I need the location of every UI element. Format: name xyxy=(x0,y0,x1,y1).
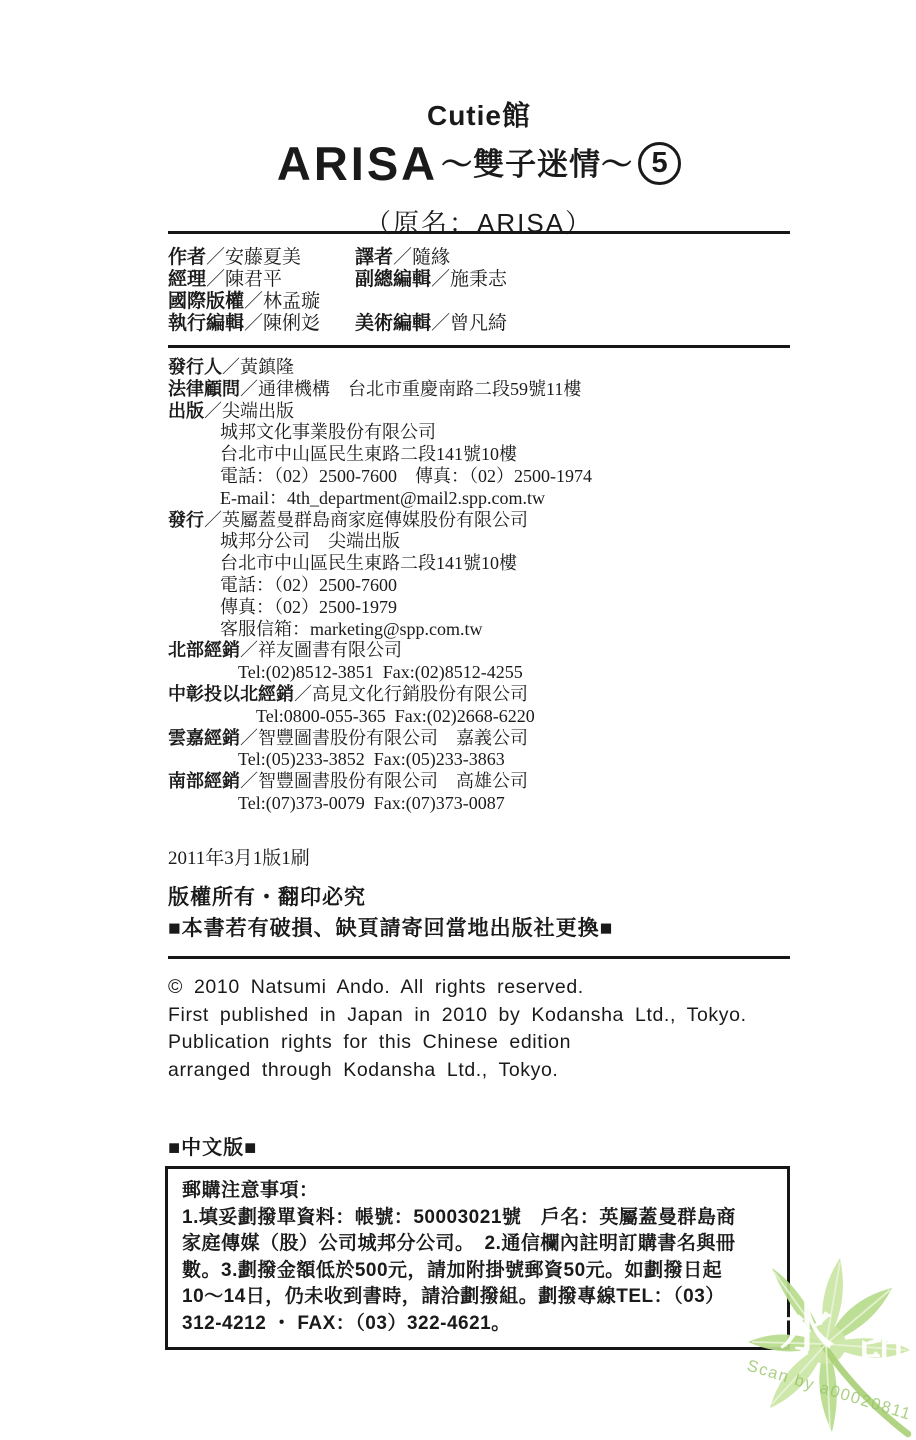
credit-label: 美術編輯 xyxy=(355,313,431,334)
line-text: 城邦分公司 尖端出版 xyxy=(220,531,400,551)
mail-order-line: 10～14日，仍未收到書時，請洽劃撥組。劃撥專線TEL：（03） xyxy=(182,1284,775,1311)
line-text: 電話：（02）2500-7600 傳真：（02）2500-1974 xyxy=(220,466,592,486)
english-line: Publication rights for this Chinese edit… xyxy=(168,1029,790,1057)
english-line: © 2010 Natsumi Ando. All rights reserved… xyxy=(168,974,790,1002)
staff-row: 作者／安藤夏美 譯者／隨緣 xyxy=(168,247,790,269)
staff-credit: 美術編輯／曾凡綺 xyxy=(355,313,507,335)
publisher-line: Tel:(05)233-3852 Fax:(05)233-3863 xyxy=(168,749,808,771)
mail-order-heading: 郵購注意事項： xyxy=(182,1178,775,1205)
title-subtitle: ～雙子迷情～ xyxy=(441,139,633,188)
line-separator: ／ xyxy=(240,728,258,748)
line-label: 南部經銷 xyxy=(168,771,240,791)
credit-name: 曾凡綺 xyxy=(450,313,507,334)
staff-credit: 國際版權／林孟璇 xyxy=(168,291,355,313)
publisher-line: 電話：（02）2500-7600 xyxy=(168,575,808,597)
publisher-line: 雲嘉經銷／智豐圖書股份有限公司 嘉義公司 xyxy=(168,728,808,750)
credit-name: 施秉志 xyxy=(450,269,507,290)
publisher-line: Tel:0800-055-365 Fax:(02)2668-6220 xyxy=(168,706,808,728)
line-text: 城邦文化事業股份有限公司 xyxy=(220,422,436,442)
chinese-edition-label: ■中文版■ xyxy=(168,1131,257,1160)
staff-row: 國際版權／林孟璇 xyxy=(168,291,790,313)
line-separator: ／ xyxy=(204,510,222,530)
line-text: 祥友圖書有限公司 xyxy=(258,640,402,660)
line-text: 尖端出版 xyxy=(222,401,294,421)
publisher-line: 電話：（02）2500-7600 傳真：（02）2500-1974 xyxy=(168,466,808,488)
line-text: 傳真：（02）2500-1979 xyxy=(220,597,397,617)
credit-separator: ／ xyxy=(206,269,225,290)
publisher-line: 法律顧問／通律機構 台北市重慶南路二段59號11樓 xyxy=(168,379,808,401)
credit-separator: ／ xyxy=(244,291,263,312)
publisher-line: 城邦文化事業股份有限公司 xyxy=(168,422,808,444)
line-label: 北部經銷 xyxy=(168,640,240,660)
line-text: 黃鎮隆 xyxy=(240,357,294,377)
staff-credit: 譯者／隨緣 xyxy=(355,247,450,269)
credit-name: 林孟璇 xyxy=(263,291,320,312)
english-line: arranged through Kodansha Ltd., Tokyo. xyxy=(168,1057,790,1085)
publisher-line: Tel:(02)8512-3851 Fax:(02)8512-4255 xyxy=(168,662,808,684)
divider-top xyxy=(168,231,790,234)
line-text: 台北市中山區民生東路二段141號10樓 xyxy=(220,444,517,464)
line-text: E-mail：4th_department@mail2.spp.com.tw xyxy=(220,488,545,508)
mail-order-line: 312-4212 ・ FAX：（03）322-4621。 xyxy=(182,1311,775,1338)
publisher-line: 發行／英屬蓋曼群島商家庭傳媒股份有限公司 xyxy=(168,510,808,532)
english-copyright: © 2010 Natsumi Ando. All rights reserved… xyxy=(168,974,790,1084)
watermark-char-yin: 印 xyxy=(858,1334,904,1386)
line-text: 智豐圖書股份有限公司 高雄公司 xyxy=(258,771,528,791)
title-main: ARISA xyxy=(277,136,438,191)
publisher-line: 城邦分公司 尖端出版 xyxy=(168,531,808,553)
staff-row: 經理／陳君平 副總編輯／施秉志 xyxy=(168,269,790,291)
divider-middle xyxy=(168,345,790,348)
publisher-line: 台北市中山區民生東路二段141號10樓 xyxy=(168,444,808,466)
credit-name: 隨緣 xyxy=(412,247,450,268)
series-title: ARISA～雙子迷情～5 xyxy=(168,136,790,191)
line-label: 中彰投以北經銷 xyxy=(168,684,294,704)
mail-order-box: 郵購注意事項： 1.填妥劃撥單資料：帳號：50003021號 戶名：英屬蓋曼群島… xyxy=(165,1166,790,1350)
credit-separator: ／ xyxy=(393,247,412,268)
line-text: 台北市中山區民生東路二段141號10樓 xyxy=(220,553,517,573)
line-text: Tel:(05)233-3852 Fax:(05)233-3863 xyxy=(238,749,505,769)
line-separator: ／ xyxy=(240,640,258,660)
watermark-char-shui: 水 xyxy=(780,1300,834,1360)
line-text: 高見文化行銷股份有限公司 xyxy=(312,684,528,704)
publisher-line: 發行人／黃鎮隆 xyxy=(168,357,808,379)
staff-row: 執行編輯／陳俐彣 美術編輯／曾凡綺 xyxy=(168,313,790,335)
line-separator: ／ xyxy=(222,357,240,377)
credit-name: 陳君平 xyxy=(225,269,282,290)
line-separator: ／ xyxy=(240,771,258,791)
line-text: 智豐圖書股份有限公司 嘉義公司 xyxy=(258,728,528,748)
staff-credit: 副總編輯／施秉志 xyxy=(355,269,507,291)
publisher-line: 南部經銷／智豐圖書股份有限公司 高雄公司 xyxy=(168,771,808,793)
mail-order-line: 1.填妥劃撥單資料：帳號：50003021號 戶名：英屬蓋曼群島商 xyxy=(182,1205,775,1232)
imprint-label: Cutie館 xyxy=(168,94,790,134)
line-separator: ／ xyxy=(204,401,222,421)
line-label: 出版 xyxy=(168,401,204,421)
credit-name: 安藤夏美 xyxy=(225,247,301,268)
mail-order-line: 家庭傳媒（股）公司城邦分公司。 2.通信欄內註明訂購書名與冊 xyxy=(182,1231,775,1258)
english-line: First published in Japan in 2010 by Koda… xyxy=(168,1002,790,1030)
colophon-page: Cutie館 ARISA～雙子迷情～5 （原名：ARISA） 作者／安藤夏美 譯… xyxy=(0,0,916,1440)
staff-credit: 執行編輯／陳俐彣 xyxy=(168,313,355,335)
line-text: Tel:0800-055-365 Fax:(02)2668-6220 xyxy=(256,706,535,726)
line-text: Tel:(07)373-0079 Fax:(07)373-0087 xyxy=(238,793,505,813)
rights-notice: 版權所有・翻印必究 ■本書若有破損、缺頁請寄回當地出版社更換■ xyxy=(168,882,613,944)
volume-badge: 5 xyxy=(638,142,681,185)
credit-separator: ／ xyxy=(431,269,450,290)
volume-number: 5 xyxy=(652,147,668,180)
publisher-line: 傳真：（02）2500-1979 xyxy=(168,597,808,619)
publisher-line: 台北市中山區民生東路二段141號10樓 xyxy=(168,553,808,575)
line-text: Tel:(02)8512-3851 Fax:(02)8512-4255 xyxy=(238,662,523,682)
line-text: 英屬蓋曼群島商家庭傳媒股份有限公司 xyxy=(222,510,528,530)
publisher-line: Tel:(07)373-0079 Fax:(07)373-0087 xyxy=(168,793,808,815)
publisher-line: E-mail：4th_department@mail2.spp.com.tw xyxy=(168,488,808,510)
publisher-line: 出版／尖端出版 xyxy=(168,401,808,423)
line-text: 電話：（02）2500-7600 xyxy=(220,575,397,595)
line-label: 雲嘉經銷 xyxy=(168,728,240,748)
original-title: （原名：ARISA） xyxy=(168,203,790,240)
book-header: Cutie館 ARISA～雙子迷情～5 （原名：ARISA） xyxy=(168,94,790,240)
credit-label: 執行編輯 xyxy=(168,313,244,334)
watermark-leaf-icon: 水 印 Scan by a00020811 xyxy=(738,1252,916,1440)
credit-label: 作者 xyxy=(168,247,206,268)
credit-label: 副總編輯 xyxy=(355,269,431,290)
rights-line-2: ■本書若有破損、缺頁請寄回當地出版社更換■ xyxy=(168,913,613,944)
edition-line: 2011年3月1版1刷 xyxy=(168,843,310,870)
credit-label: 經理 xyxy=(168,269,206,290)
publisher-line: 北部經銷／祥友圖書有限公司 xyxy=(168,640,808,662)
line-label: 法律顧問 xyxy=(168,379,240,399)
line-separator: ／ xyxy=(294,684,312,704)
publisher-line: 中彰投以北經銷／高見文化行銷股份有限公司 xyxy=(168,684,808,706)
line-text: 通律機構 台北市重慶南路二段59號11樓 xyxy=(258,379,581,399)
line-text: 客服信箱：marketing@spp.com.tw xyxy=(220,619,483,639)
credit-separator: ／ xyxy=(431,313,450,334)
credit-label: 國際版權 xyxy=(168,291,244,312)
line-label: 發行人 xyxy=(168,357,222,377)
divider-bottom xyxy=(168,956,790,959)
publisher-section: 發行人／黃鎮隆 法律顧問／通律機構 台北市重慶南路二段59號11樓 出版／尖端出… xyxy=(168,357,808,815)
rights-line-1: 版權所有・翻印必究 xyxy=(168,882,613,913)
credit-label: 譯者 xyxy=(355,247,393,268)
line-label: 發行 xyxy=(168,510,204,530)
staff-credit: 作者／安藤夏美 xyxy=(168,247,355,269)
staff-credit: 經理／陳君平 xyxy=(168,269,355,291)
staff-section: 作者／安藤夏美 譯者／隨緣 經理／陳君平 副總編輯／施秉志 國際版權／林孟璇 執… xyxy=(168,247,790,335)
publisher-line: 客服信箱：marketing@spp.com.tw xyxy=(168,619,808,641)
credit-separator: ／ xyxy=(206,247,225,268)
mail-order-line: 數。3.劃撥金額低於500元，請加附掛號郵資50元。如劃撥日起 xyxy=(182,1258,775,1285)
line-separator: ／ xyxy=(240,379,258,399)
credit-separator: ／ xyxy=(244,313,263,334)
credit-name: 陳俐彣 xyxy=(263,313,320,334)
